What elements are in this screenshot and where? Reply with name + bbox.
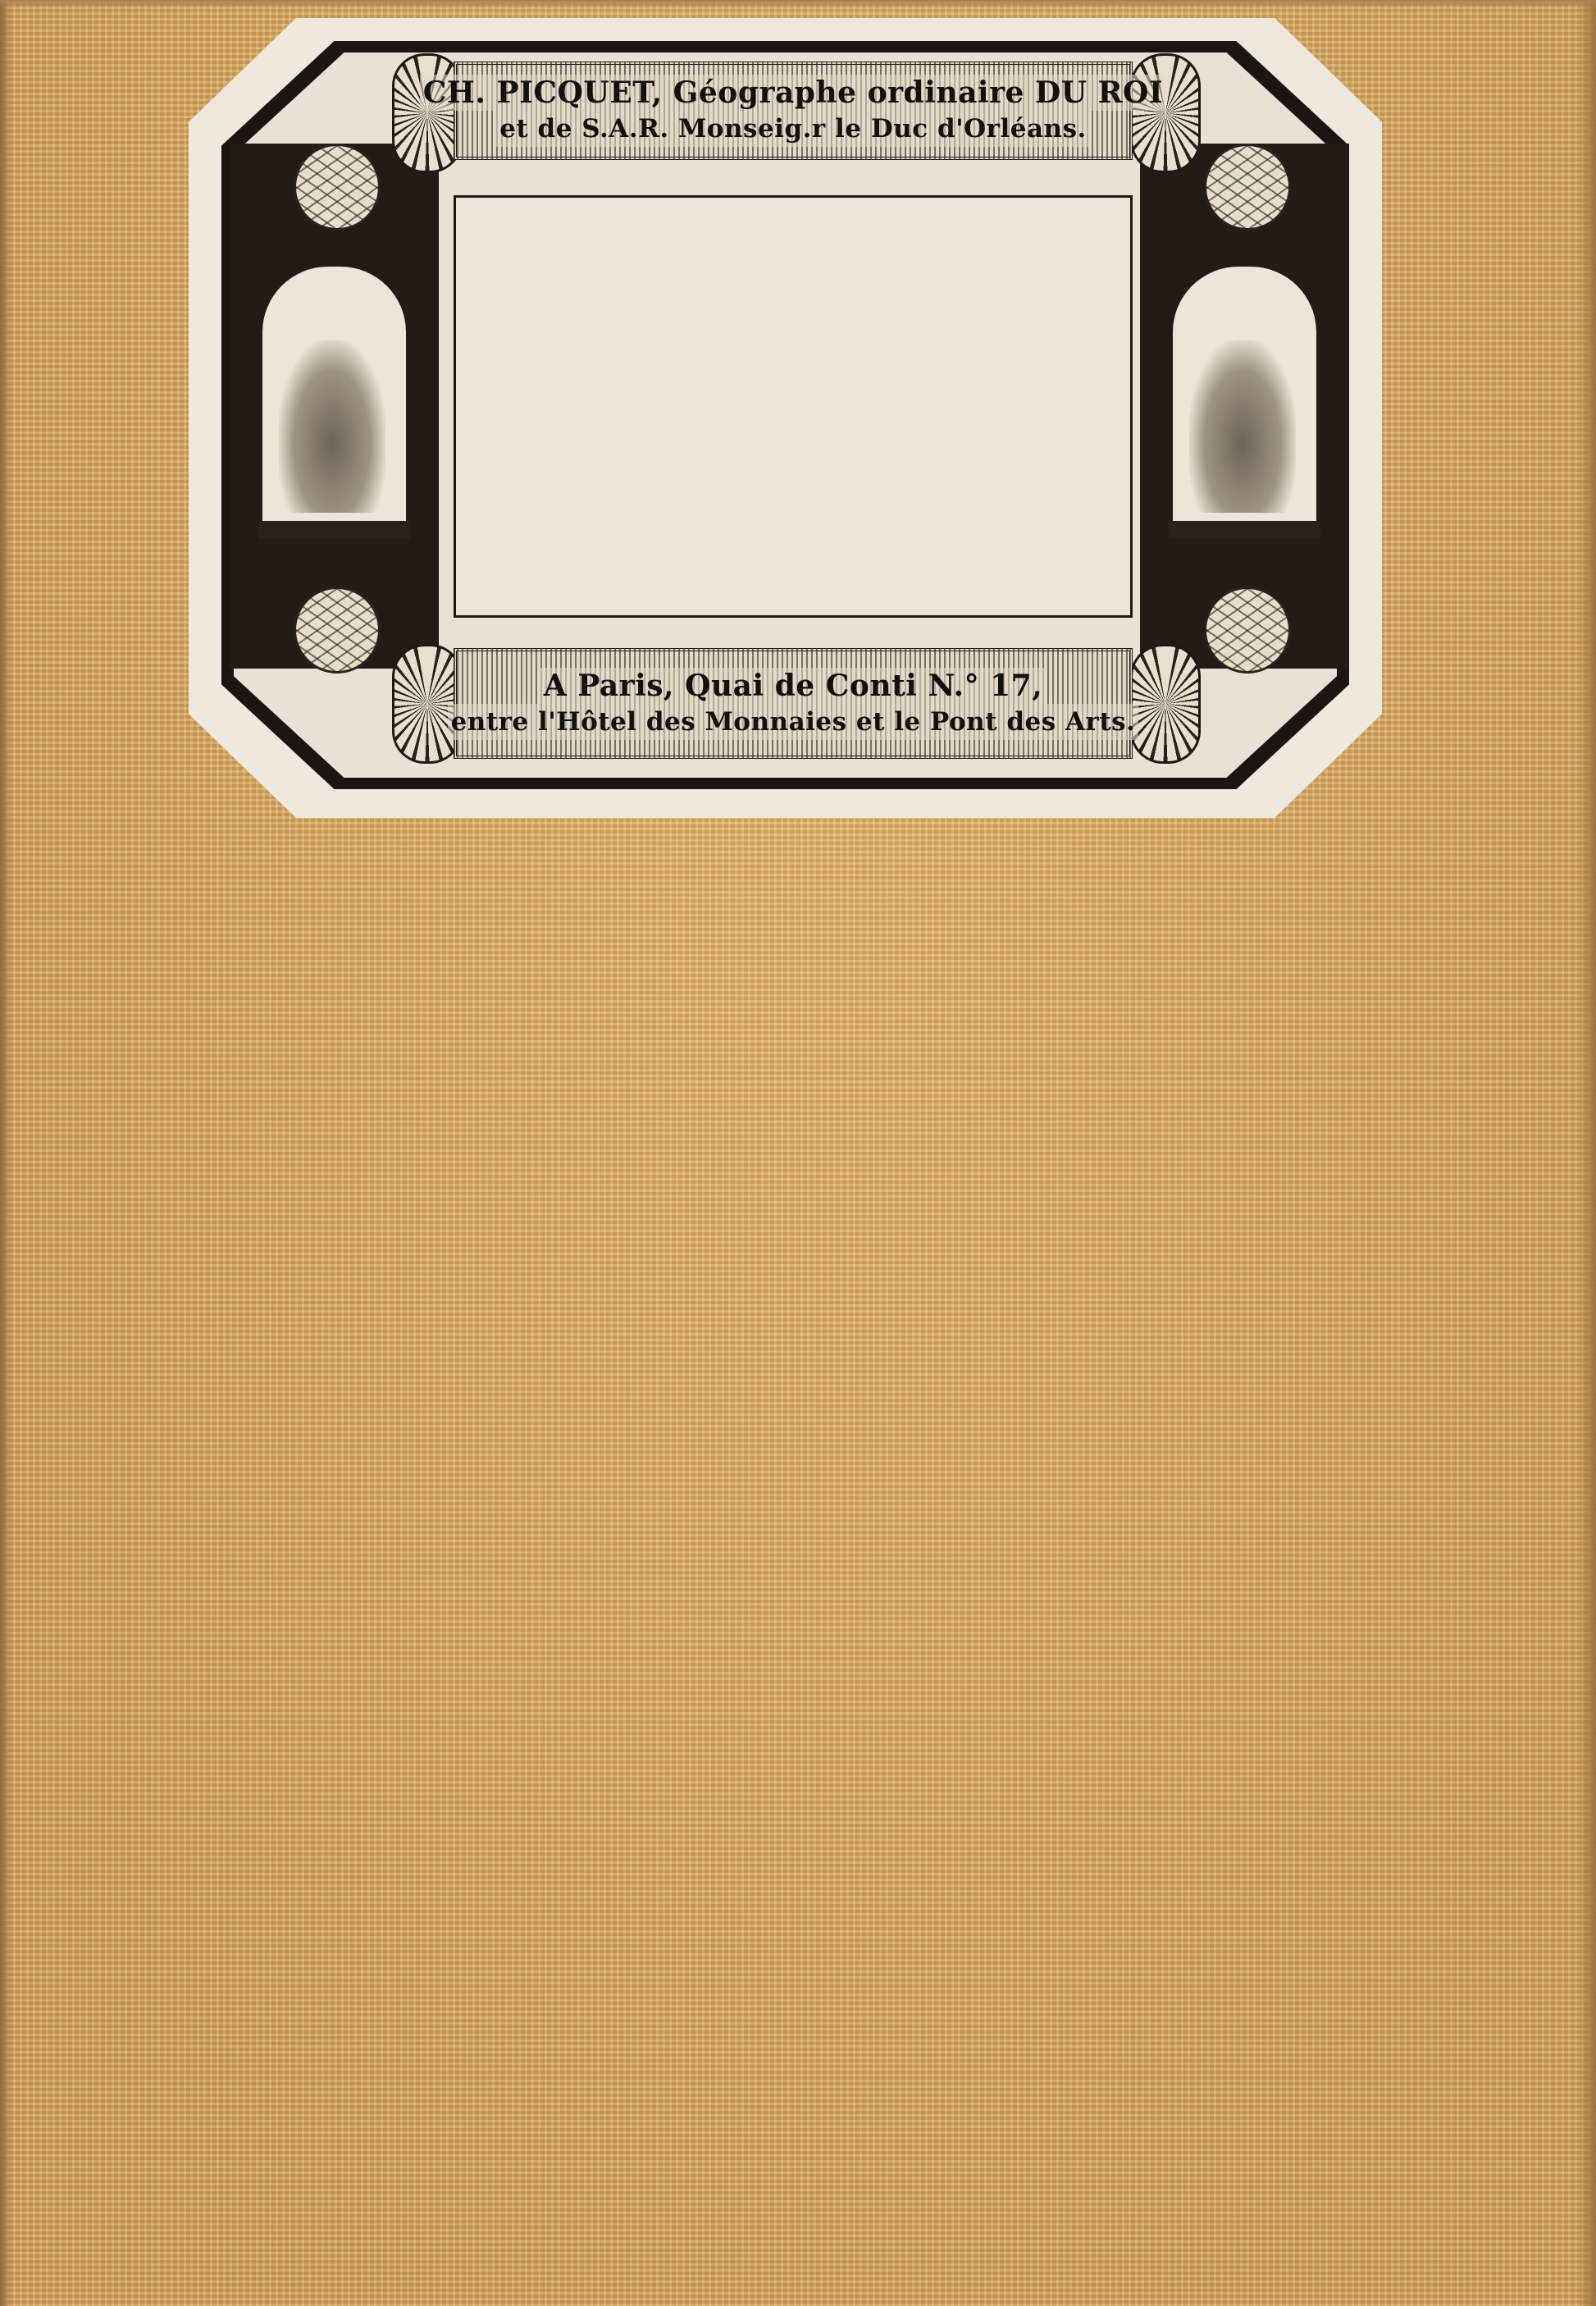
rosette-ornament xyxy=(1130,644,1201,764)
address-line-2: entre l'Hôtel des Monnaies et le Pont de… xyxy=(448,704,1139,740)
blank-title-panel xyxy=(454,195,1133,618)
seated-figure-with-instrument xyxy=(1189,340,1296,513)
address-band: A Paris, Quai de Conti N.° 17, entre l'H… xyxy=(454,648,1133,759)
rosette-ornament xyxy=(392,53,463,173)
cover-edge-right xyxy=(1578,0,1596,2306)
publisher-name-band: CH. PICQUET, Géographe ordinaire DU ROI … xyxy=(454,62,1133,160)
globe-icon xyxy=(294,144,381,231)
left-ornament-panel xyxy=(230,144,439,669)
cover-edge-left xyxy=(0,0,11,2306)
publisher-line-1: CH. PICQUET, Géographe ordinaire DU ROI xyxy=(420,75,1166,111)
publisher-line-2: et de S.A.R. Monseig.r le Duc d'Orléans. xyxy=(496,111,1090,147)
plinth xyxy=(258,521,410,539)
right-ornament-panel xyxy=(1140,144,1349,669)
cover-edge-top xyxy=(0,0,1596,8)
rosette-ornament xyxy=(1130,53,1201,173)
globe-icon xyxy=(1204,144,1291,231)
seated-figure-with-scroll xyxy=(279,340,385,513)
globe-icon xyxy=(294,587,381,674)
globe-icon xyxy=(1204,587,1291,674)
plinth xyxy=(1169,521,1320,539)
address-line-1: A Paris, Quai de Conti N.° 17, xyxy=(540,668,1047,704)
